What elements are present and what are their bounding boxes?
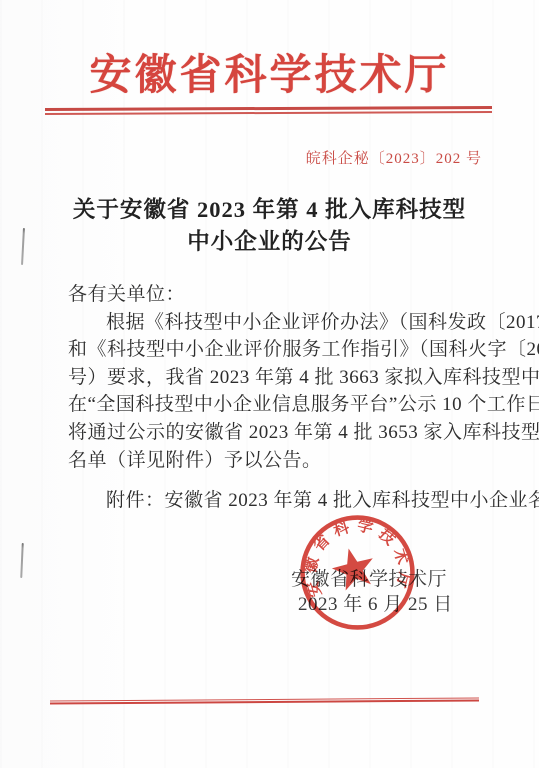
notice-title-line-2: 中小企业的公告 bbox=[0, 226, 539, 258]
body-line: 在“全国科技型中小企业信息服务平台”公示 10 个工作日，现 bbox=[68, 391, 483, 419]
letterhead-agency-name: 安徽省科学技术厅 bbox=[0, 48, 539, 104]
official-seal: 安徽省科学技术厅 bbox=[297, 512, 418, 633]
svg-text:安徽省科学技术厅: 安徽省科学技术厅 bbox=[300, 515, 414, 599]
notice-title: 关于安徽省 2023 年第 4 批入库科技型 中小企业的公告 bbox=[0, 194, 539, 258]
notice-body: 各有关单位： 根据《科技型中小企业评价办法》（国科发政〔2017〕115 号） … bbox=[68, 281, 483, 474]
letterhead-separator-line bbox=[45, 106, 492, 115]
attachment-line: 附件：安徽省 2023 年第 4 批入库科技型中小企业名单 bbox=[68, 487, 498, 514]
scanned-document-page: 安徽省科学技术厅 皖科企秘〔2023〕202 号 关于安徽省 2023 年第 4… bbox=[0, 0, 539, 768]
document-reference-number: 皖科企秘〔2023〕202 号 bbox=[306, 147, 482, 168]
seal-arc-text: 安徽省科学技术厅 bbox=[300, 515, 414, 599]
body-line: 将通过公示的安徽省 2023 年第 4 批 3653 家入库科技型中小企业 bbox=[68, 419, 483, 447]
body-line: 和《科技型中小企业评价服务工作指引》（国科火字〔2022〕67 bbox=[68, 336, 483, 364]
body-line: 名单（详见附件）予以公告。 bbox=[68, 447, 483, 475]
salutation-line: 各有关单位： bbox=[68, 281, 483, 309]
body-line: 号）要求，我省 2023 年第 4 批 3663 家拟入库科技型中小企业已 bbox=[68, 364, 483, 392]
body-line: 根据《科技型中小企业评价办法》（国科发政〔2017〕115 号） bbox=[68, 309, 483, 337]
scan-artifact-mark bbox=[20, 543, 24, 578]
footer-separator-line bbox=[50, 698, 479, 705]
seal-star-icon bbox=[328, 543, 379, 592]
notice-title-line-1: 关于安徽省 2023 年第 4 批入库科技型 bbox=[0, 194, 539, 226]
